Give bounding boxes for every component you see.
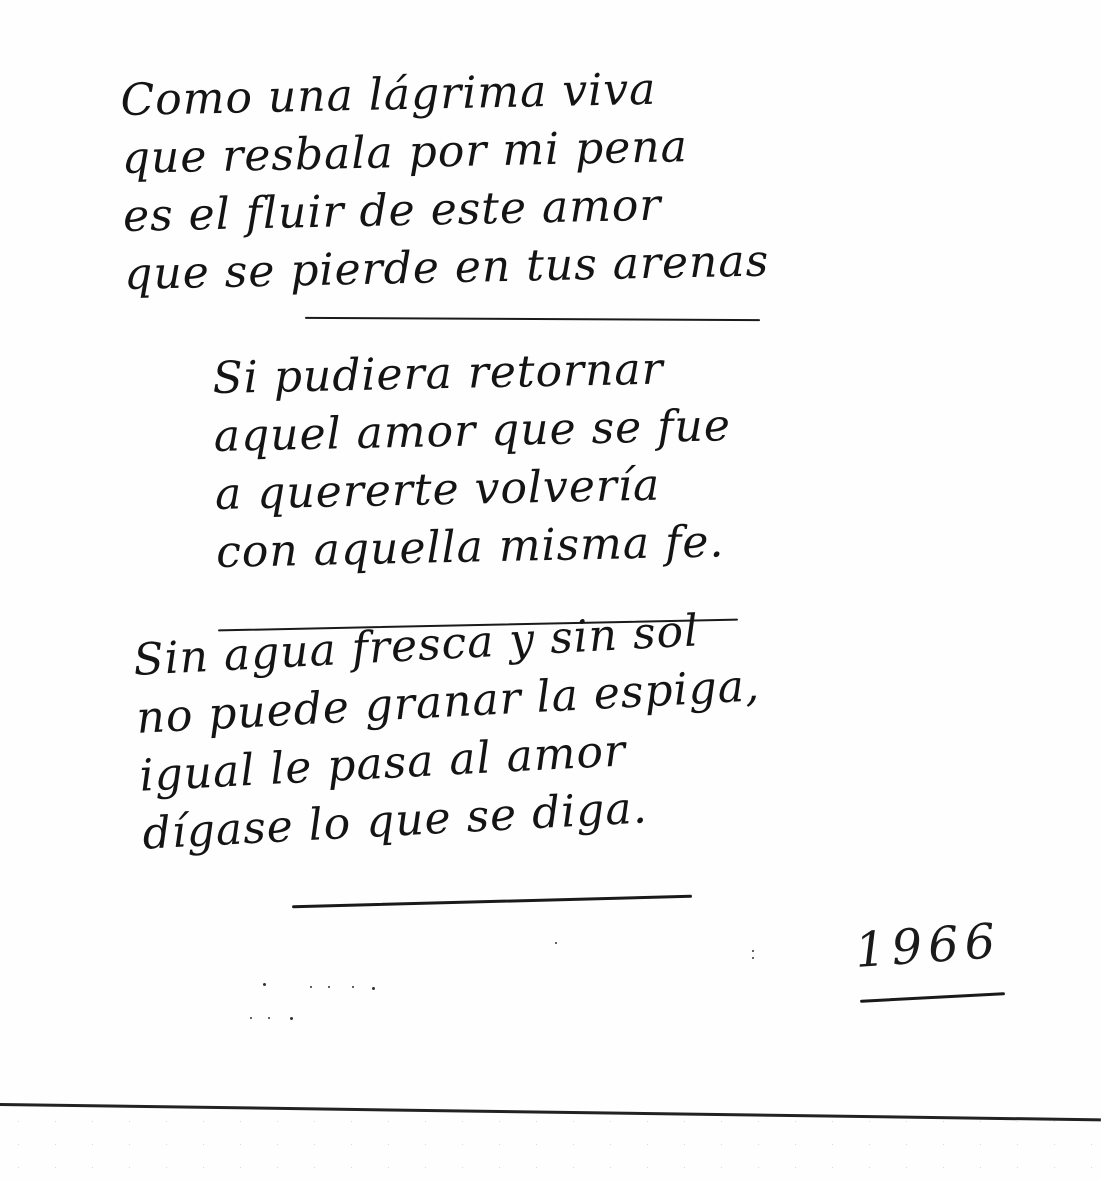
stanza-1: Como una lágrima viva que resbala por mi…: [120, 58, 770, 303]
scan-speck: [263, 983, 266, 986]
stanza-divider: [305, 317, 760, 321]
stanza-divider: [292, 895, 692, 908]
scan-speck: [290, 1017, 293, 1020]
scan-speck: [752, 957, 754, 959]
scan-speck: [352, 986, 354, 988]
poem-line: con aquella misma fe.: [216, 513, 734, 582]
scan-speck: [372, 987, 375, 990]
scan-speck: [250, 1017, 252, 1019]
scan-speck: [555, 942, 557, 944]
stanza-3: Sin agua fresca y sin sol no puede grana…: [132, 599, 767, 863]
poem-line: Si pudiera retornar: [212, 339, 730, 408]
scan-speck: [752, 950, 754, 952]
scan-noise: [0, 1110, 1101, 1181]
poem-date: 1966: [853, 913, 1003, 979]
scan-speck: [310, 986, 312, 988]
stanza-2: Si pudiera retornar aquel amor que se fu…: [212, 339, 734, 582]
date-underline: [860, 992, 1005, 1003]
scan-speck: [328, 986, 330, 988]
poem-line: que se pierde en tus arenas: [124, 232, 770, 303]
handwritten-page: Como una lágrima viva que resbala por mi…: [0, 0, 1101, 1181]
poem-line: aquel amor que se fue: [213, 397, 731, 466]
scan-speck: [268, 1017, 270, 1019]
poem-line: a quererte volvería: [214, 455, 732, 524]
